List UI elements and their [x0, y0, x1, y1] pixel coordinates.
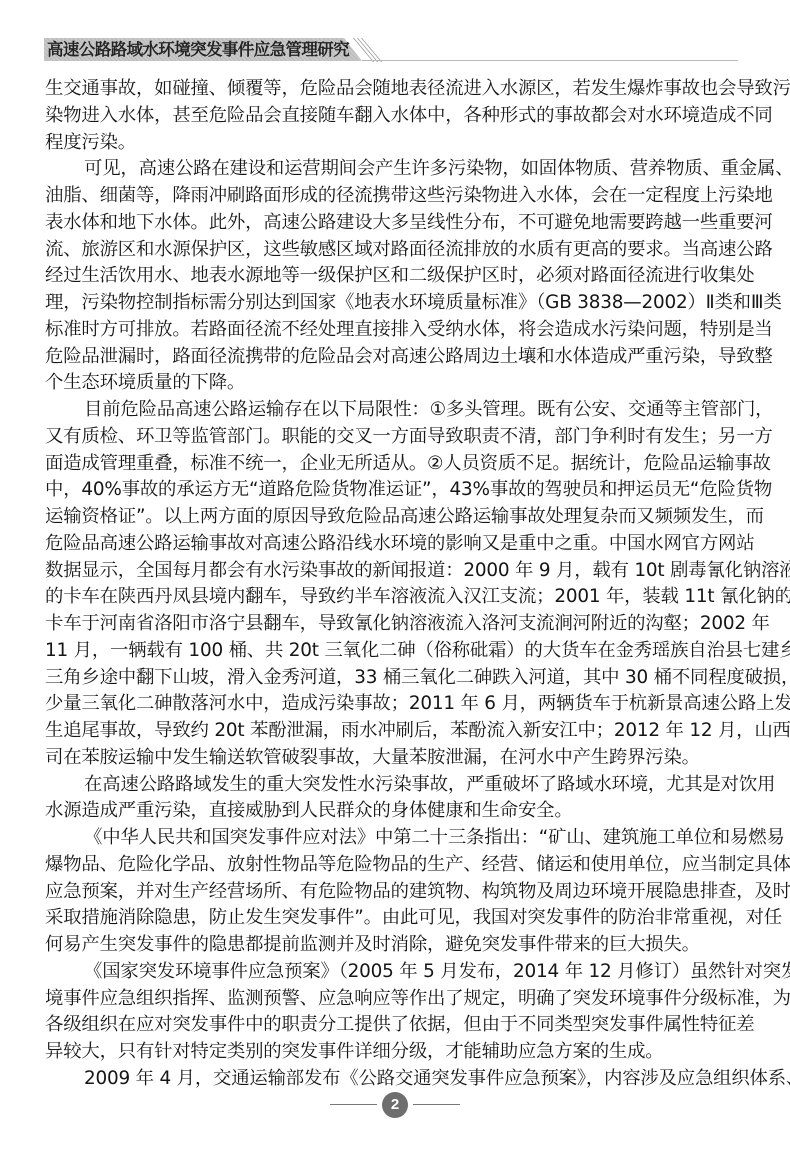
- paragraph: 可见，高速公路在建设和运营期间会产生许多污染物，如固体物质、营养物质、重金属、油…: [45, 156, 736, 397]
- paragraph: 在高速公路路域发生的重大突发性水污染事故，严重破坏了路域水环境，尤其是对饮用水源…: [45, 772, 736, 826]
- text-line: 司在苯胺运输中发生输送软管破裂事故，大量苯胺泄漏，在河水中产生跨界污染。: [45, 745, 736, 772]
- text-line: 标准时方可排放。若路面径流不经处理直接排入受纳水体，将会造成水污染问题，特别是当: [45, 317, 736, 344]
- text-line: 何易产生突发事件的隐患都提前监测并及时消除，避免突发事件带来的巨大损失。: [45, 932, 736, 959]
- body-text: 生交通事故，如碰撞、倾覆等，危险品会随地表径流进入水源区，若发生爆炸事故也会导致…: [45, 76, 736, 1093]
- text-line: 又有质检、环卫等监管部门。职能的交叉一方面导致职责不清，部门争利时有发生；另一方: [45, 424, 736, 451]
- text-line: 三角乡途中翻下山坡，滑入金秀河道，33 桶三氧化二砷跌入河道，其中 30 桶不同…: [45, 665, 736, 692]
- book-title: 高速公路路域水环境突发事件应急管理研究: [47, 39, 349, 61]
- text-line: 目前危险品高速公路运输存在以下局限性：①多头管理。既有公安、交通等主管部门，: [45, 397, 736, 424]
- text-line: 中，40%事故的承运方无“道路危险货物准运证”，43%事故的驾驶员和押运员无“危…: [45, 477, 736, 504]
- text-line: 应急预案，并对生产经营场所、有危险物品的建筑物、构筑物及周边环境开展隐患排查，及…: [45, 879, 736, 906]
- text-line: 异较大，只有针对特定类别的突发事件详细分级，才能辅助应急方案的生成。: [45, 1039, 736, 1066]
- text-line: 经过生活饮用水、地表水源地等一级保护区和二级保护区时，必须对路面径流进行收集处: [45, 263, 736, 290]
- text-line: 境事件应急组织指挥、监测预警、应急响应等作出了规定，明确了突发环境事件分级标准，…: [45, 986, 736, 1013]
- text-line: 生追尾事故，导致约 20t 苯酚泄漏，雨水冲刷后，苯酚流入新安江中；2012 年…: [45, 718, 736, 745]
- text-line: 数据显示，全国每月都会有水污染事故的新闻报道：2000 年 9 月，载有 10t…: [45, 558, 736, 585]
- footer-rule-right: [413, 1104, 460, 1105]
- text-line: 2009 年 4 月，交通运输部发布《公路交通突发事件应急预案》，内容涉及应急组…: [45, 1066, 736, 1093]
- text-line: 理，污染物控制指标需分别达到国家《地表水环境质量标准》（GB 3838—2002…: [45, 290, 736, 317]
- text-line: 《中华人民共和国突发事件应对法》中第二十三条指出：“矿山、建筑施工单位和易燃易: [45, 825, 736, 852]
- text-line: 采取措施消除隐患，防止发生突发事件”。由此可见，我国对突发事件的防治非常重视，对…: [45, 905, 736, 932]
- page-number: 2: [382, 1092, 408, 1118]
- text-line: 爆物品、危险化学品、放射性物品等危险物品的生产、经营、储运和使用单位，应当制定具…: [45, 852, 736, 879]
- text-line: 染物进入水体，甚至危险品会直接随车翻入水体中，各种形式的事故都会对水环境造成不同: [45, 103, 736, 130]
- text-line: 的卡车在陕西丹凤县境内翻车，导致约半车溶液流入汉江支流；2001 年，装载 11…: [45, 584, 736, 611]
- footer-rule-left: [330, 1104, 377, 1105]
- text-line: 可见，高速公路在建设和运营期间会产生许多污染物，如固体物质、营养物质、重金属、: [45, 156, 736, 183]
- text-line: 生交通事故，如碰撞、倾覆等，危险品会随地表径流进入水源区，若发生爆炸事故也会导致…: [45, 76, 736, 103]
- header-rule: [362, 60, 738, 61]
- text-line: 运输资格证”。以上两方面的原因导致危险品高速公路运输事故处理复杂而又频频发生，而: [45, 504, 736, 531]
- text-line: 《国家突发环境事件应急预案》（2005 年 5 月发布，2014 年 12 月修…: [45, 959, 736, 986]
- text-line: 流、旅游区和水源保护区，这些敏感区域对路面径流排放的水质有更高的要求。当高速公路: [45, 237, 736, 264]
- text-line: 油脂、细菌等，降雨冲刷路面形成的径流携带这些污染物进入水体，会在一定程度上污染地: [45, 183, 736, 210]
- header-slash-decoration: [357, 38, 378, 62]
- text-line: 面造成管理重叠，标准不统一，企业无所适从。②人员资质不足。据统计，危险品运输事故: [45, 451, 736, 478]
- text-line: 在高速公路路域发生的重大突发性水污染事故，严重破坏了路域水环境，尤其是对饮用: [45, 772, 736, 799]
- page-footer: 2: [330, 1092, 460, 1118]
- text-line: 水源造成严重污染，直接威胁到人民群众的身体健康和生命安全。: [45, 798, 736, 825]
- text-line: 卡车于河南省洛阳市洛宁县翻车，导致氰化钠溶液流入洛河支流涧河附近的沟壑；2002…: [45, 611, 736, 638]
- text-line: 少量三氧化二砷散落河水中，造成污染事故；2011 年 6 月，两辆货车于杭新景高…: [45, 691, 736, 718]
- text-line: 危险品泄漏时，路面径流携带的危险品会对高速公路周边土壤和水体造成严重污染，导致整: [45, 344, 736, 371]
- text-line: 程度污染。: [45, 130, 736, 157]
- paragraph: 生交通事故，如碰撞、倾覆等，危险品会随地表径流进入水源区，若发生爆炸事故也会导致…: [45, 76, 736, 156]
- paragraph: 目前危险品高速公路运输存在以下局限性：①多头管理。既有公安、交通等主管部门，又有…: [45, 397, 736, 772]
- text-line: 各级组织在应对突发事件中的职责分工提供了依据，但由于不同类型突发事件属性特征差: [45, 1012, 736, 1039]
- running-header: 高速公路路域水环境突发事件应急管理研究: [44, 38, 738, 62]
- paragraph: 《中华人民共和国突发事件应对法》中第二十三条指出：“矿山、建筑施工单位和易燃易爆…: [45, 825, 736, 959]
- text-line: 危险品高速公路运输事故对高速公路沿线水环境的影响又是重中之重。中国水网官方网站: [45, 531, 736, 558]
- paragraph: 2009 年 4 月，交通运输部发布《公路交通突发事件应急预案》，内容涉及应急组…: [45, 1066, 736, 1093]
- text-line: 11 月，一辆载有 100 桶、共 20t 三氧化二砷（俗称砒霜）的大货车在金秀…: [45, 638, 736, 665]
- text-line: 个生态环境质量的下降。: [45, 370, 736, 397]
- paragraph: 《国家突发环境事件应急预案》（2005 年 5 月发布，2014 年 12 月修…: [45, 959, 736, 1066]
- text-line: 表水体和地下水体。此外，高速公路建设大多呈线性分布，不可避免地需要跨越一些重要河: [45, 210, 736, 237]
